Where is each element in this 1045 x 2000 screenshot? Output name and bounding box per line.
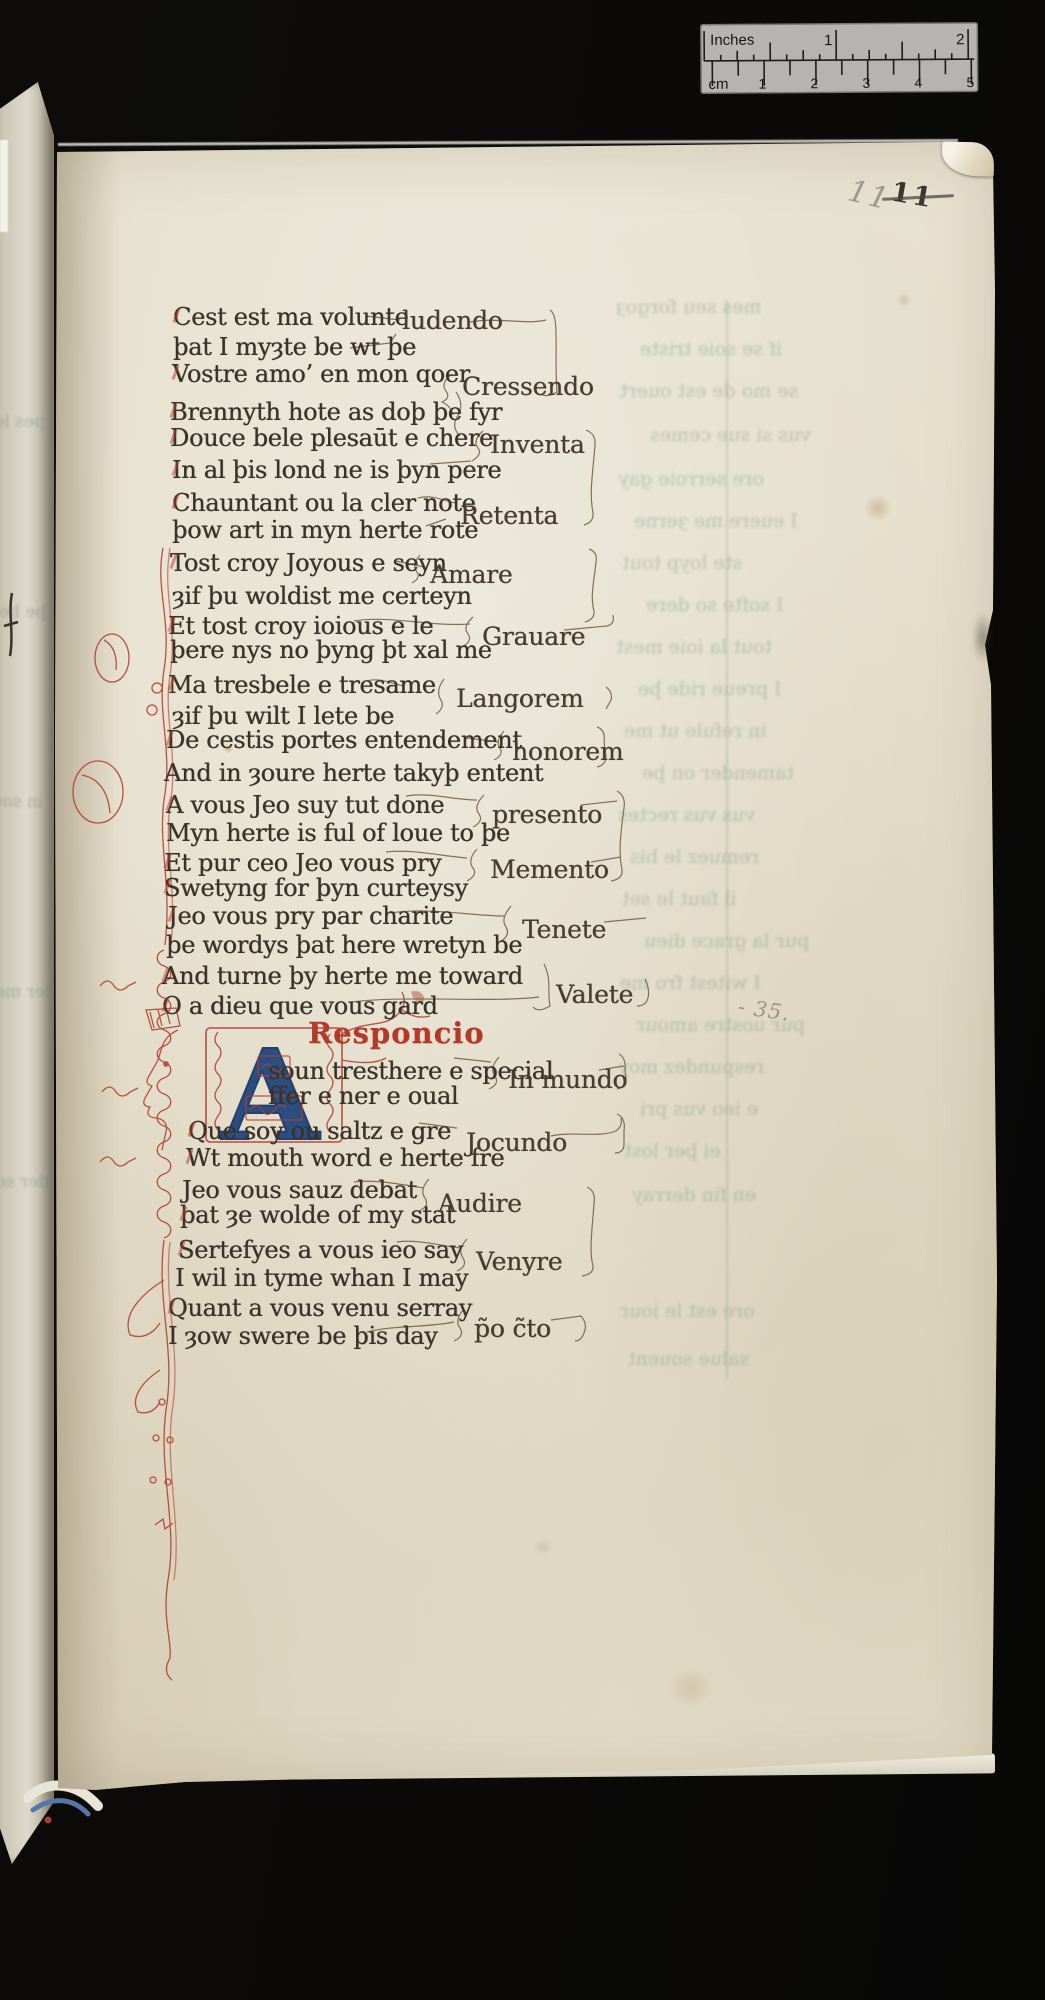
ink-mark-left-edge	[0, 588, 22, 663]
poem-line: Myn herte is ful of loue to þe	[166, 819, 510, 847]
margin-latin-word: Inventa	[490, 430, 585, 459]
showthrough-line: pes lor	[0, 412, 45, 432]
showthrough-line: ler men	[0, 982, 50, 1002]
poem-line: þat I myȝte be wt þe	[173, 333, 416, 361]
ruler-inch-2: 2	[956, 31, 964, 48]
margin-latin-word: ludendo	[402, 306, 503, 335]
margin-latin-word: Tenete	[522, 915, 606, 944]
poem-line: I ȝow swere be þis day	[168, 1322, 437, 1350]
poem-line: Douce bele plesaūt e chere	[170, 424, 493, 452]
poem-line: ȝif þu woldist me certeyn	[172, 582, 472, 610]
poem-line: Sertefyes a vous ieo say	[178, 1236, 463, 1264]
poem-line: ffer e ner e oual	[268, 1082, 458, 1110]
poem-line: Wt mouth word e herte fre	[186, 1144, 504, 1172]
poem-line: þe wordys þat here wretyn be	[166, 931, 522, 959]
section-heading: Responcio	[308, 1016, 485, 1050]
stain	[896, 292, 912, 308]
ruler-cm-2: 2	[810, 75, 818, 91]
margin-latin-word: honorem	[512, 737, 623, 766]
margin-latin-word: Amare	[430, 560, 512, 589]
poem-line: De cestis portes entendement	[166, 726, 522, 754]
poem-line: Cest est ma volunte	[173, 303, 408, 331]
poem-line: Et pur ceo Jeo vous pry	[164, 849, 441, 877]
margin-latin-word: Cressendo	[462, 372, 594, 401]
poem-line: I wil in tyme whan I may	[175, 1264, 468, 1292]
margin-latin-word: Valete	[556, 980, 633, 1009]
margin-latin-word: presento	[492, 800, 602, 829]
ruler-inches-label: Inches	[710, 32, 754, 49]
poem-line: And in ȝoure herte takyþ entent	[164, 759, 543, 787]
stain	[532, 1538, 554, 1556]
margin-latin-word: Memento	[490, 855, 609, 884]
poem-line: Que soy ou saltz e gre	[188, 1117, 451, 1145]
margin-latin-word: Venyre	[476, 1247, 562, 1276]
poem-line: And turne þy herte me toward	[162, 962, 523, 990]
poem-line: Brennyth hote as doþ þe fyr	[170, 398, 502, 426]
page-edge-highlight	[0, 140, 8, 232]
poem-line: Quant a vous venu serray	[168, 1294, 472, 1322]
ruler-cm-3: 3	[862, 75, 870, 91]
poem-line: Jeo vous pry par charite	[168, 902, 453, 930]
poem-line: A vous Jeo suy tut done	[166, 791, 444, 819]
poem-line: þere nys no þyng þt xal me	[170, 636, 492, 664]
edge-notch-shadow	[972, 612, 994, 664]
showthrough-line: der sov	[0, 1172, 49, 1192]
poem-line: þow art in myn herte rote	[172, 516, 478, 544]
stain	[668, 1668, 714, 1708]
poem-line: þat ȝe wolde of my stat	[180, 1201, 455, 1229]
margin-latin-word: Retenta	[460, 501, 558, 530]
manuscript-photograph: pes lorþe hertin souller mender sov mes …	[0, 0, 1045, 2000]
margin-latin-word: Jocundo	[466, 1128, 567, 1157]
poem-line: Tost croy Joyous e seyn	[170, 549, 447, 577]
ruler-cm-label: cm	[708, 76, 728, 93]
ruler-inch-1: 1	[824, 32, 832, 49]
ruler-cm-1: 1	[758, 76, 766, 92]
poem-line: In al þis lond ne is þyn pere	[172, 456, 501, 484]
margin-latin-word: p̃o c̃to	[474, 1314, 551, 1343]
underlying-leaf-edge: pes lorþe hertin souller mender sov	[0, 82, 54, 1864]
poem-line: Swetyng for þyn curteysy	[164, 874, 468, 902]
showthrough-line: in soul	[0, 792, 43, 812]
poem-line: Ma tresbele e tresame	[168, 671, 436, 699]
margin-latin-word: Langorem	[456, 684, 584, 713]
margin-latin-word: In mundo	[508, 1065, 627, 1094]
poem-line: Vostre amo’ en mon qoer	[172, 360, 470, 388]
margin-latin-word: Audire	[438, 1189, 522, 1218]
stain	[864, 494, 892, 522]
ruler-cm-5: 5	[966, 74, 974, 90]
poem-line: Chauntant ou la cler note	[172, 489, 476, 517]
showthrough-ruling-line	[726, 300, 728, 1380]
poem-line: Jeo vous sauz debat	[182, 1176, 417, 1204]
margin-latin-word: Grauare	[482, 622, 585, 651]
ruler-cm-4: 4	[914, 74, 922, 90]
